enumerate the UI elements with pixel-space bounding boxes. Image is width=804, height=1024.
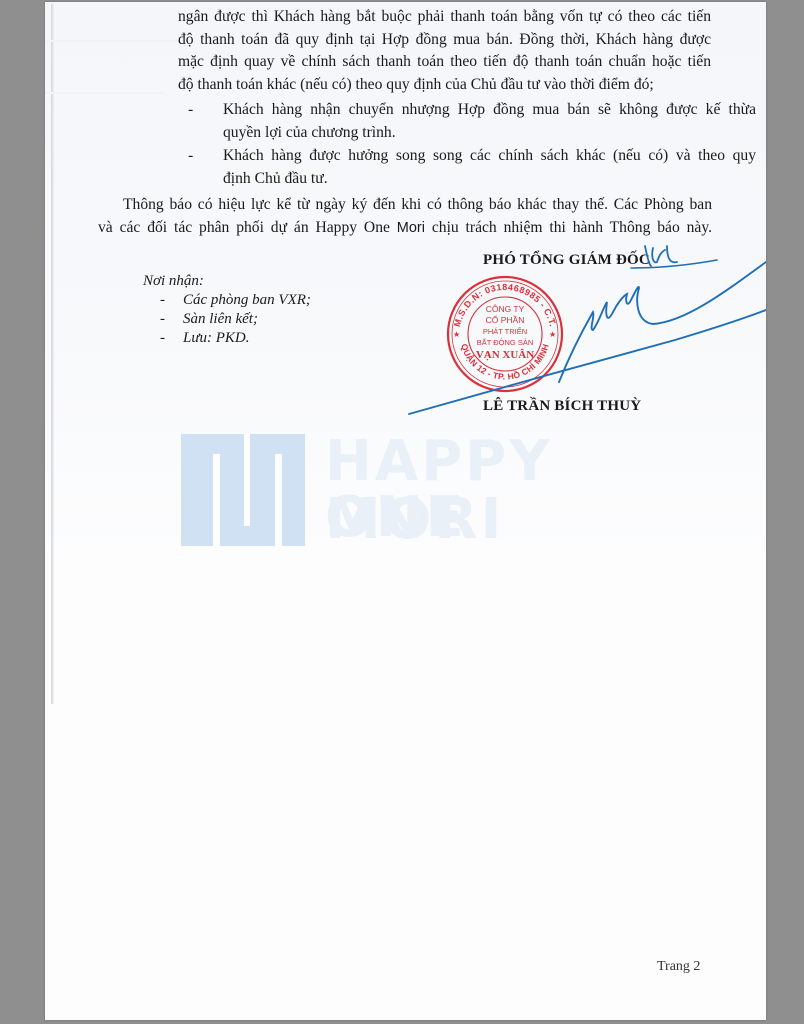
bullet-dash: - bbox=[188, 99, 193, 122]
bullet-line: Khách hàng được hưởng song song các chín… bbox=[223, 145, 756, 168]
continued-paragraph: ngân được thì Khách hàng bắt buộc phải t… bbox=[178, 6, 711, 96]
effective-notice: Thông báo có hiệu lực kể từ ngày ký đến … bbox=[98, 194, 712, 239]
bullet-line: định Chủ đầu tư. bbox=[223, 168, 756, 191]
bullet-dash: - bbox=[188, 145, 193, 168]
signer-name: LÊ TRẦN BÍCH THUỲ bbox=[483, 398, 641, 415]
recipient-dash: - bbox=[160, 310, 165, 329]
scan-artifact bbox=[45, 40, 185, 42]
notice-line: và các đối tác phân phối dự án Happy One… bbox=[98, 217, 712, 240]
recipient-label: Các phòng ban VXR; bbox=[183, 292, 311, 308]
mori-logo-icon bbox=[181, 434, 305, 546]
notice-text: và các đối tác phân phối dự án Happy One bbox=[98, 219, 397, 236]
recipients-heading: Nơi nhận: bbox=[143, 272, 311, 291]
paragraph-line: độ thanh toán khác (nếu có) theo quy địn… bbox=[178, 74, 711, 97]
recipient-label: Lưu: PKD. bbox=[183, 330, 250, 346]
recipients-block: Nơi nhận: - Các phòng ban VXR; - Sàn liê… bbox=[143, 272, 311, 348]
page-number: Trang 2 bbox=[657, 959, 700, 975]
recipient-label: Sàn liên kết; bbox=[183, 311, 258, 327]
scan-edge bbox=[51, 4, 54, 704]
bullet-text: Khách hàng nhận chuyển nhượng Hợp đồng m… bbox=[223, 99, 756, 144]
signature-icon bbox=[395, 242, 766, 422]
bullet-line: quyền lợi của chương trình. bbox=[223, 122, 756, 145]
bullet-text: Khách hàng được hưởng song song các chín… bbox=[223, 145, 756, 190]
scan-artifact bbox=[45, 92, 165, 94]
bullet-line: Khách hàng nhận chuyển nhượng Hợp đồng m… bbox=[223, 99, 756, 122]
recipient-dash: - bbox=[160, 329, 165, 348]
notice-line: Thông báo có hiệu lực kể từ ngày ký đến … bbox=[98, 194, 712, 217]
paragraph-line: mặc định quay về chính sách thanh toán t… bbox=[178, 51, 711, 74]
recipient-item: - Lưu: PKD. bbox=[143, 329, 311, 348]
recipient-item: - Sàn liên kết; bbox=[143, 310, 311, 329]
document-page: HAPPY ONE MORI ngân được thì Khách hàng … bbox=[45, 2, 766, 1020]
recipient-dash: - bbox=[160, 291, 165, 310]
paragraph-line: ngân được thì Khách hàng bắt buộc phải t… bbox=[178, 6, 711, 29]
recipient-item: - Các phòng ban VXR; bbox=[143, 291, 311, 310]
notice-text: chịu trách nhiệm thi hành Thông báo này. bbox=[425, 219, 712, 236]
brand-name: Mori bbox=[397, 220, 425, 236]
happy-one-mori-watermark: HAPPY ONE MORI bbox=[181, 434, 661, 550]
watermark-line-2: MORI bbox=[325, 492, 504, 548]
paragraph-line: độ thanh toán đã quy định tại Hợp đồng m… bbox=[178, 29, 711, 52]
